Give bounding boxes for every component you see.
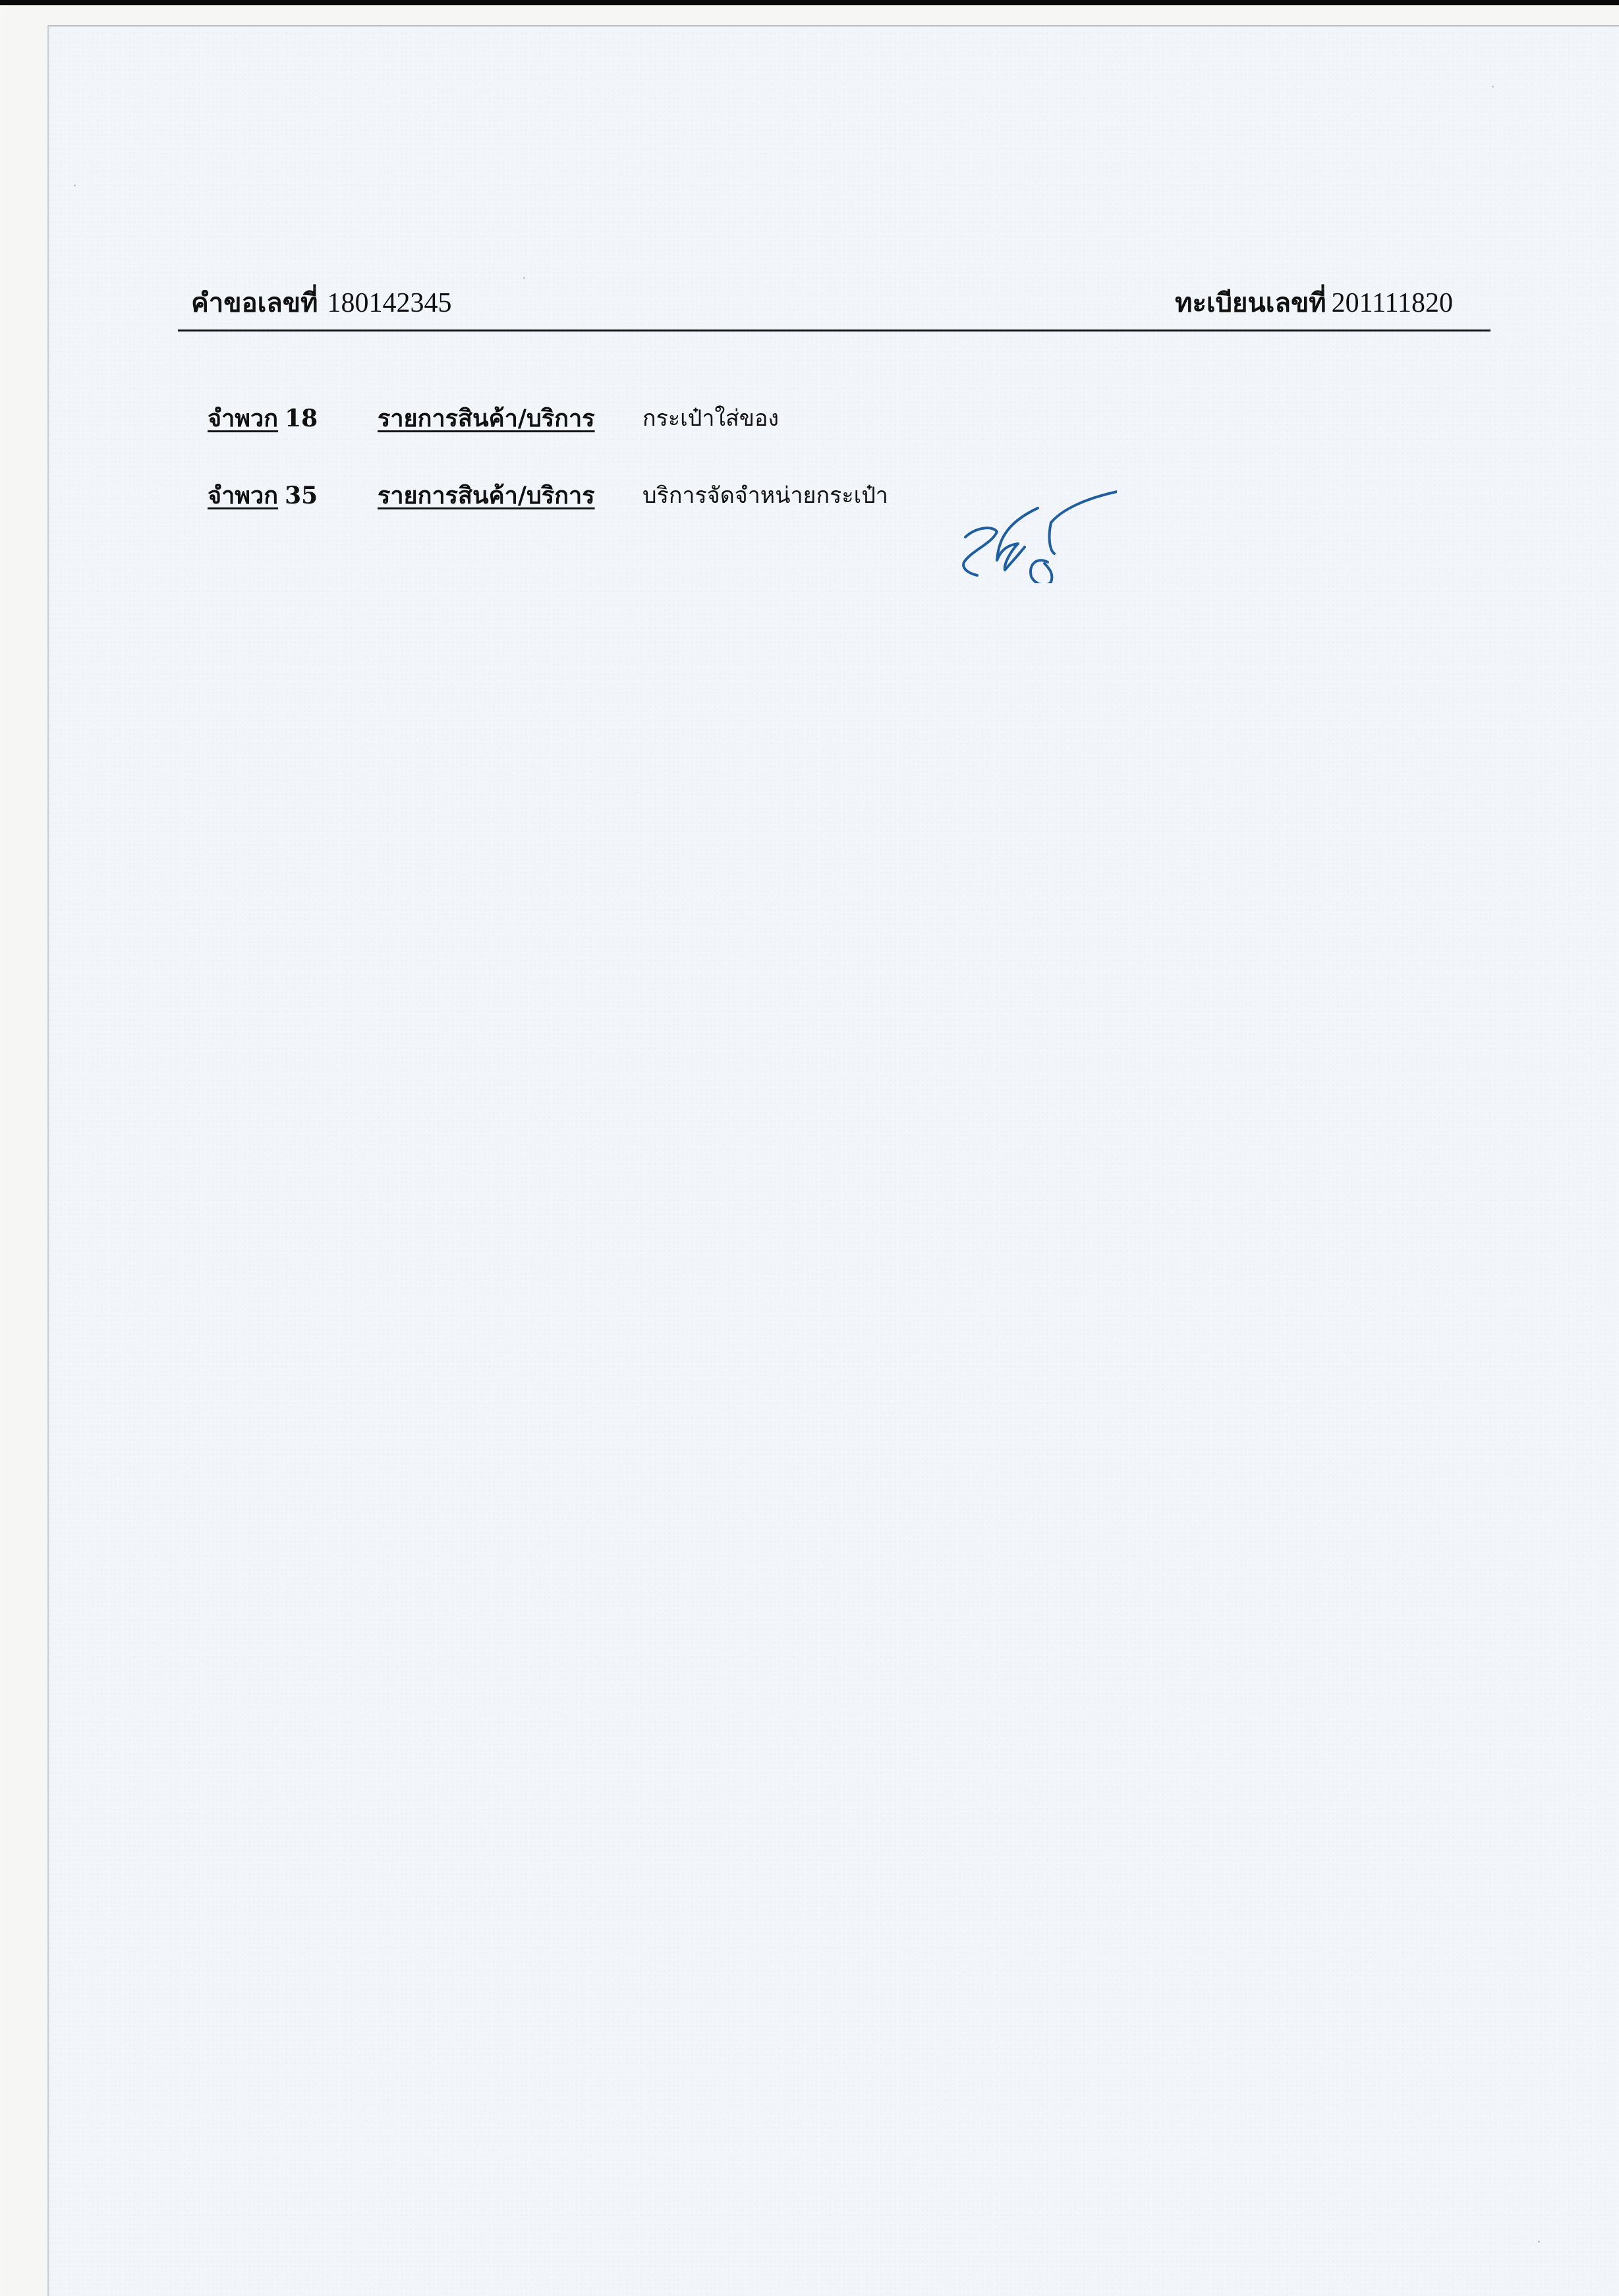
paper-speck (523, 277, 525, 279)
class-label-text: จำพวก (208, 482, 278, 509)
registration-number-field: ทะเบียนเลขที่201111820 (1175, 280, 1453, 326)
application-number-label: คำขอเลขที่ (191, 287, 318, 318)
goods-services-label: รายการสินค้า/บริการ (378, 476, 600, 515)
class-label: จำพวก35 (208, 476, 318, 515)
class-label: จำพวก18 (208, 399, 318, 438)
handwritten-signature-icon (919, 471, 1117, 583)
class-label-text: จำพวก (208, 405, 278, 432)
paper-speck (1492, 86, 1494, 88)
goods-services-value: บริการจัดจำหน่ายกระเป๋า (642, 476, 888, 515)
document-header: คำขอเลขที่180142345 ทะเบียนเลขที่2011118… (191, 280, 1453, 326)
paper-speck (1538, 2241, 1540, 2243)
scan-top-edge (0, 0, 1619, 5)
header-divider (178, 330, 1491, 331)
document-page (47, 25, 1619, 2296)
goods-services-value: กระเป๋าใส่ของ (642, 399, 779, 438)
registration-number-value: 201111820 (1332, 288, 1453, 318)
class-number: 18 (285, 405, 318, 432)
application-number-field: คำขอเลขที่180142345 (191, 280, 451, 326)
class-number: 35 (285, 482, 318, 509)
application-number-value: 180142345 (327, 288, 451, 318)
registration-number-label: ทะเบียนเลขที่ (1175, 287, 1326, 318)
paper-speck (74, 185, 76, 187)
goods-services-label: รายการสินค้า/บริการ (378, 399, 600, 438)
